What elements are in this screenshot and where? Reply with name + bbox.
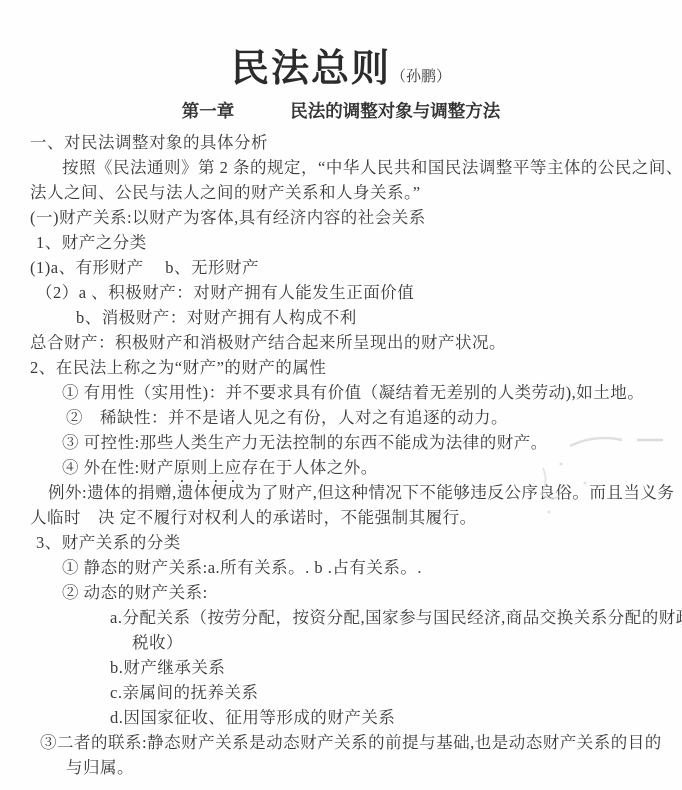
text-line: ① 有用性（实用性)：并不要求具有价值（凝结着无差别的人类劳动),如土地。	[30, 380, 654, 405]
text-line: 2、在民法上称之为“财产”的财产的属性	[30, 355, 654, 380]
chapter-number: 第一章	[182, 101, 235, 121]
text-line: a.分配关系（按劳分配，按资分配,国家参与国民经济,商品交换关系分配的财政	[30, 605, 654, 630]
text-line: 例外:遗体的捐赠,遗体便成为了财产,但这种情况下不能够违反公序良俗。而且当义务	[30, 480, 654, 505]
text-line: ③ 可控性:那些人类生产力无法控制的东西不能成为法律的财产。	[30, 430, 654, 455]
text-line: 1、财产之分类	[30, 230, 654, 255]
text-line: 按照《民法通则》第 2 条的规定，“中华人民共和国民法调整平等主体的公民之间、	[30, 155, 654, 180]
document-title-author: （孙鹏）	[391, 69, 451, 85]
text-line: c.亲属间的抚养关系	[30, 680, 654, 705]
chapter-name: 民法的调整对象与调整方法	[290, 101, 500, 121]
text-line: (1)a、有形财产 b、无形财产	[30, 255, 654, 280]
text-line: 与归属。	[30, 755, 654, 780]
document-body: 一、对民法调整对象的具体分析按照《民法通则》第 2 条的规定，“中华人民共和国民…	[30, 130, 654, 780]
text-line: ① 静态的财产关系:a.所有关系。. b .占有关系。.	[30, 555, 654, 580]
text-line: 3、财产关系的分类	[30, 530, 654, 555]
title-block: 民法总则（孙鹏）	[0, 0, 682, 92]
document-page: 民法总则（孙鹏） 第一章民法的调整对象与调整方法 一、对民法调整对象的具体分析按…	[0, 0, 682, 790]
text-line: b、消极财产：对财产拥有人构成不利	[30, 305, 654, 330]
emphasized-text: 原则上应	[174, 458, 242, 477]
text-line: 人临时 决 定不履行对权利人的承诺时，不能强制其履行。	[30, 505, 654, 530]
text-line: d.因国家征收、征用等形成的财产关系	[30, 705, 654, 730]
document-title: 民法总则	[231, 48, 391, 90]
text-line: ② 动态的财产关系:	[30, 580, 654, 605]
text-line: （2）a 、积极财产：对财产拥有人能发生正面价值	[30, 280, 654, 305]
text-line: ② 稀缺性：并不是诸人见之有份，人对之有追逐的动力。	[30, 405, 654, 430]
text-line: ④ 外在性:财产原则上应存在于人体之外。	[30, 455, 654, 480]
text-line: (一)财产关系:以财产为客体,具有经济内容的社会关系	[30, 205, 654, 230]
chapter-heading: 第一章民法的调整对象与调整方法	[0, 98, 682, 123]
text-line: 税收）	[30, 630, 654, 655]
text-line: 总合财产：积极财产和消极财产结合起来所呈现出的财产状况。	[30, 330, 654, 355]
text-line: ③二者的联系:静态财产关系是动态财产关系的前提与基础,也是动态财产关系的目的	[30, 730, 654, 755]
text-line: b.财产继承关系	[30, 655, 654, 680]
text-line: 法人之间、公民与法人之间的财产关系和人身关系。”	[30, 180, 654, 205]
text-line: 一、对民法调整对象的具体分析	[30, 130, 654, 155]
